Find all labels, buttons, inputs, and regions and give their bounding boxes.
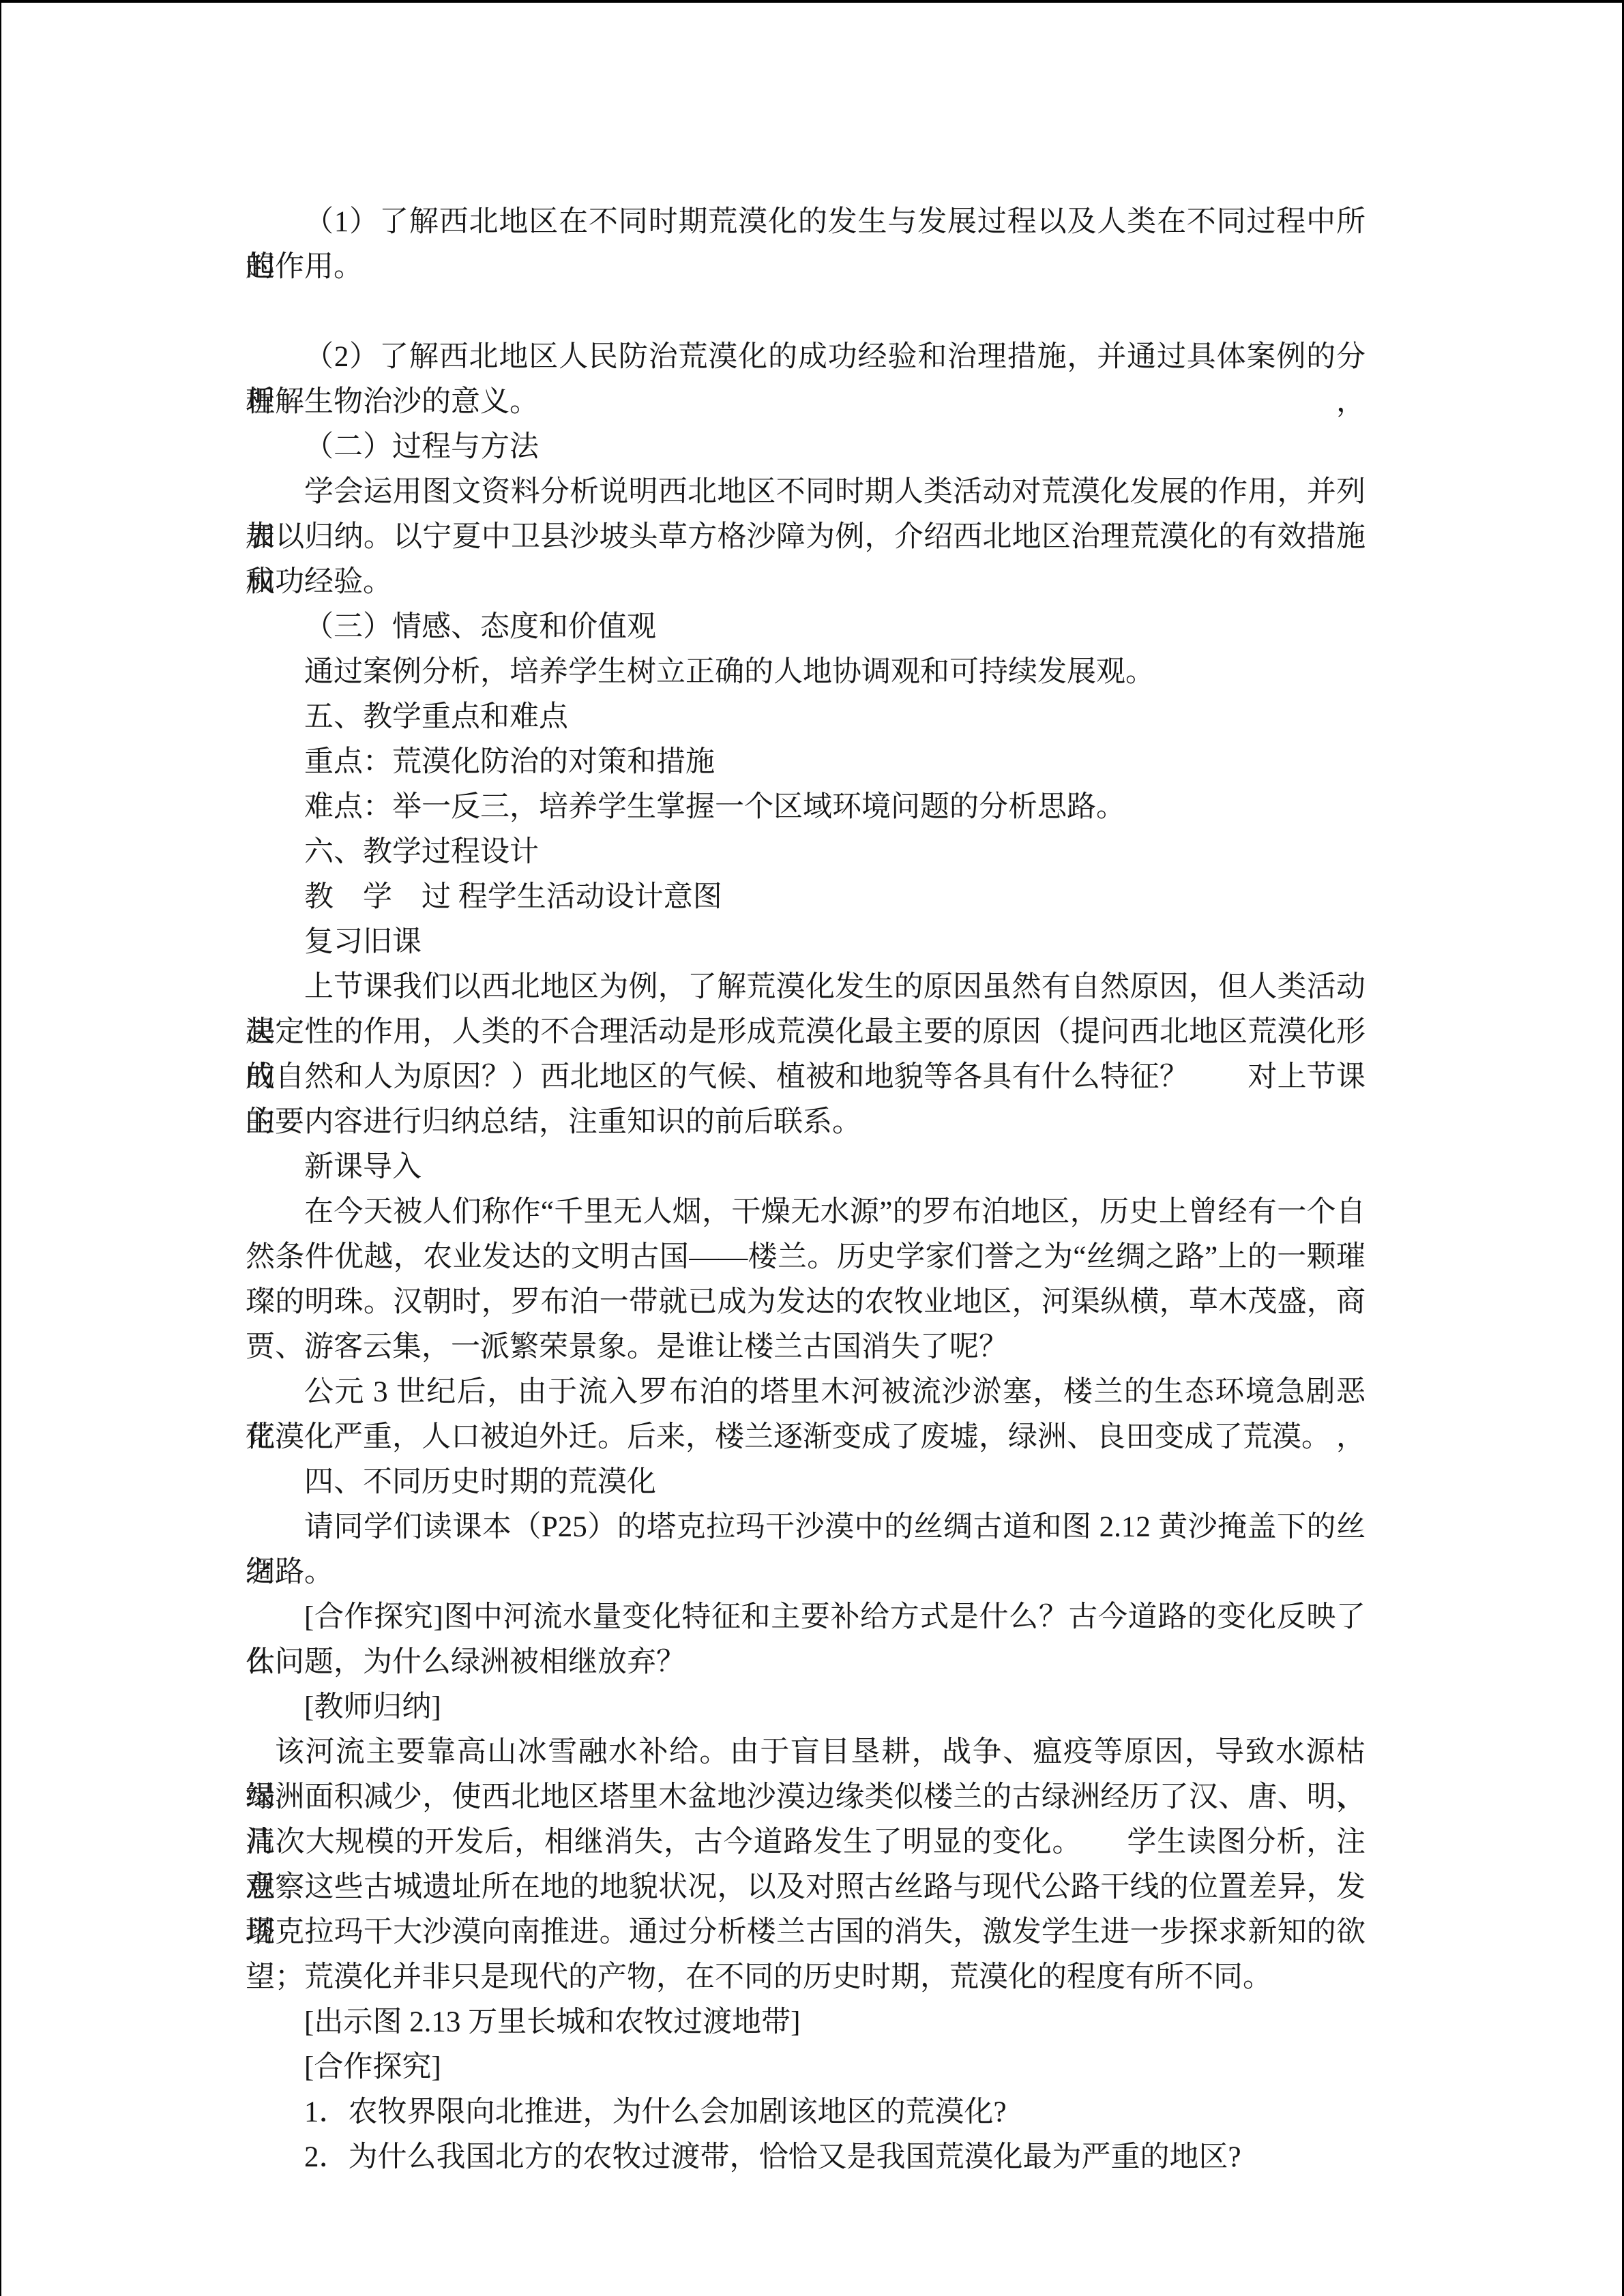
text-line: 四、不同历史时期的荒漠化	[246, 1460, 1365, 1505]
text-line: 贾、游客云集，一派繁荣景象。是谁让楼兰古国消失了呢？	[246, 1325, 1365, 1370]
text-line: 请同学们读课本（P25）的塔克拉玛干沙漠中的丝绸古道和图 2.12 黄沙掩盖下的…	[246, 1505, 1365, 1550]
text-line: 在今天被人们称作“千里无人烟，干燥无水源”的罗布泊地区，历史上曾经有一个自	[246, 1190, 1365, 1235]
text-line: 成功经验。	[246, 560, 1365, 605]
text-line: [出示图 2.13 万里长城和农牧过渡地带]	[246, 2000, 1365, 2045]
document-body: （1）了解西北地区在不同时期荒漠化的发生与发展过程以及人类在不同过程中所起的作用…	[246, 200, 1365, 2180]
text-line: （二）过程与方法	[246, 425, 1365, 470]
text-line: 塔克拉玛干大沙漠向南推进。通过分析楼兰古国的消失，激发学生进一步探求新知的欲	[246, 1910, 1365, 1955]
text-line: 决定性的作用，人类的不合理活动是形成荒漠化最主要的原因（提问西北地区荒漠化形成	[246, 1010, 1365, 1055]
text-line: [教师归纳]	[246, 1685, 1365, 1730]
text-line: 观察这些古城遗址所在地的地貌状况，以及对照古丝路与现代公路干线的位置差异，发现	[246, 1865, 1365, 1910]
text-line: 主要内容进行归纳总结，注重知识的前后联系。	[246, 1100, 1365, 1145]
text-line: 荒漠化严重，人口被迫外迁。后来，楼兰逐渐变成了废墟，绿洲、良田变成了荒漠。	[246, 1415, 1365, 1460]
text-line: 几次大规模的开发后，相继消失，古今道路发生了明显的变化。 学生读图分析，注意	[246, 1820, 1365, 1865]
text-line: 望；荒漠化并非只是现代的产物，在不同的历史时期，荒漠化的程度有所不同。	[246, 1955, 1365, 2000]
text-line: 绿洲面积减少，使西北地区塔里木盆地沙漠边缘类似楼兰的古绿洲经历了汉、唐、明、清	[246, 1775, 1365, 1820]
text-line: 学会运用图文资料分析说明西北地区不同时期人类活动对荒漠化发展的作用，并列表	[246, 470, 1365, 515]
text-line: （三）情感、态度和价值观	[246, 605, 1365, 650]
text-line: （2）了解西北地区人民防治荒漠化的成功经验和治理措施，并通过具体案例的分析，	[246, 335, 1365, 380]
text-line: 上节课我们以西北地区为例，了解荒漠化发生的原因虽然有自然原因，但人类活动起	[246, 965, 1365, 1010]
text-line: [合作探究]	[246, 2045, 1365, 2090]
text-line: 然条件优越，农业发达的文明古国——楼兰。历史学家们誉之为“丝绸之路”上的一颗璀	[246, 1235, 1365, 1280]
document-page: （1）了解西北地区在不同时期荒漠化的发生与发展过程以及人类在不同过程中所起的作用…	[0, 0, 1624, 2296]
text-line: 五、教学重点和难点	[246, 695, 1365, 740]
text-line: 么问题，为什么绿洲被相继放弃？	[246, 1640, 1365, 1685]
text-line: 之路。	[246, 1550, 1365, 1595]
text-line: 1．农牧界限向北推进，为什么会加剧该地区的荒漠化?	[246, 2090, 1365, 2135]
text-line: 重点：荒漠化防治的对策和措施	[246, 740, 1365, 785]
text-line: （1）了解西北地区在不同时期荒漠化的发生与发展过程以及人类在不同过程中所起	[246, 200, 1365, 245]
text-line: 通过案例分析，培养学生树立正确的人地协调观和可持续发展观。	[246, 650, 1365, 695]
text-line: 璨的明珠。汉朝时，罗布泊一带就已成为发达的农牧业地区，河渠纵横，草木茂盛，商	[246, 1280, 1365, 1325]
text-line: 六、教学过程设计	[246, 830, 1365, 875]
text-line: 教 学 过 程学生活动设计意图	[246, 875, 1365, 920]
text-line: 的自然和人为原因？）西北地区的气候、植被和地貌等各具有什么特征？ 对上节课的	[246, 1055, 1365, 1100]
text-line: 加以归纳。以宁夏中卫县沙坡头草方格沙障为例，介绍西北地区治理荒漠化的有效措施和	[246, 515, 1365, 560]
text-line: [合作探究]图中河流水量变化特征和主要补给方式是什么？古今道路的变化反映了什	[246, 1595, 1365, 1640]
text-line: 复习旧课	[246, 920, 1365, 965]
text-line: 2．为什么我国北方的农牧过渡带，恰恰又是我国荒漠化最为严重的地区?	[246, 2135, 1365, 2180]
text-line: 该河流主要靠高山冰雪融水补给。由于盲目垦耕，战争、瘟疫等原因，导致水源枯竭，	[246, 1730, 1365, 1775]
text-line: 新课导入	[246, 1145, 1365, 1190]
text-line: 公元 3 世纪后，由于流入罗布泊的塔里木河被流沙淤塞，楼兰的生态环境急剧恶化，	[246, 1370, 1365, 1415]
text-line: 难点：举一反三，培养学生掌握一个区域环境问题的分析思路。	[246, 785, 1365, 830]
text-line: 的作用。	[246, 245, 1365, 290]
